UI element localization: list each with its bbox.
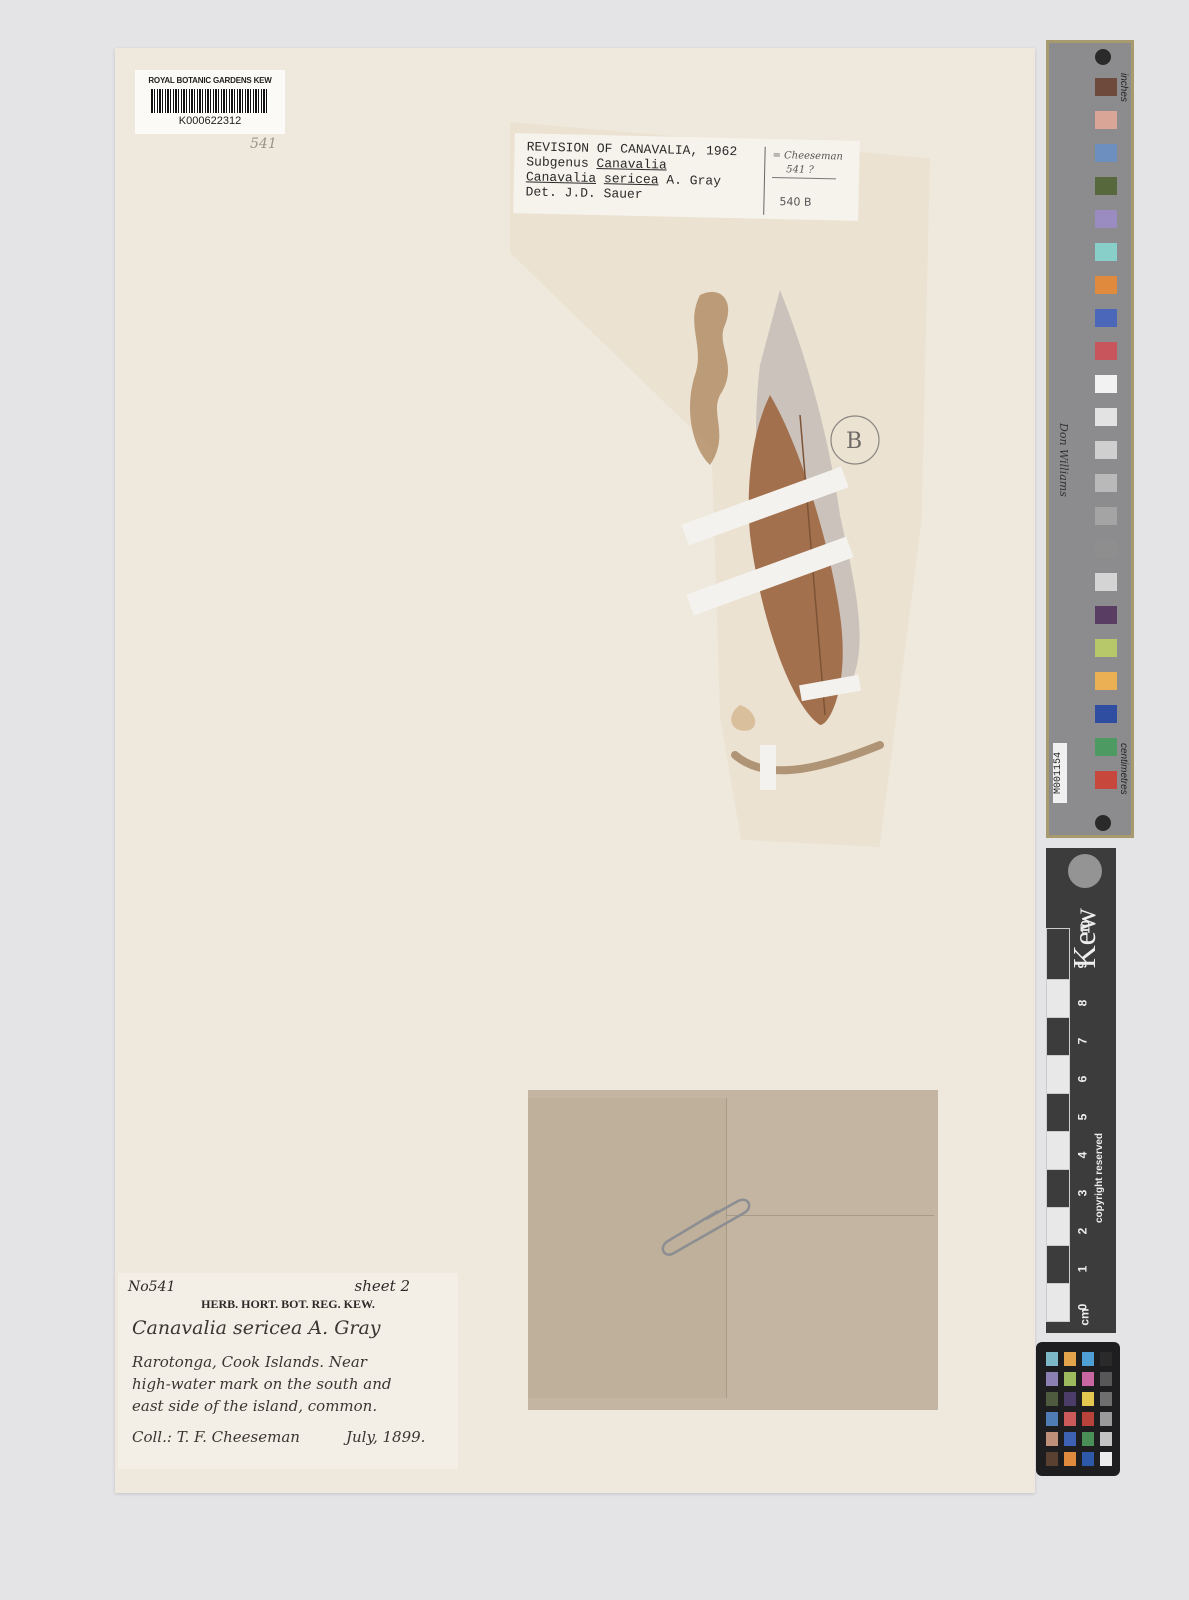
color-swatch: [1095, 771, 1117, 789]
checker-patch: [1046, 1452, 1058, 1466]
det-subgenus-prefix: Subgenus: [526, 154, 597, 171]
color-swatch: [1095, 177, 1117, 195]
color-swatch: [1095, 441, 1117, 459]
color-swatch: [1095, 705, 1117, 723]
color-swatch: [1095, 408, 1117, 426]
color-swatch: [1095, 243, 1117, 261]
color-swatch: [1095, 111, 1117, 129]
kew-logo: Kew: [1066, 908, 1103, 968]
color-swatch: [1095, 573, 1117, 591]
det-species: sericea: [604, 171, 659, 187]
paperclip-icon: [658, 1195, 758, 1270]
checker-patch: [1100, 1372, 1112, 1386]
checker-patch: [1082, 1392, 1094, 1406]
sheet-number: sheet 2: [355, 1277, 410, 1295]
checker-patch: [1046, 1392, 1058, 1406]
color-swatch: [1095, 540, 1117, 558]
checker-patch: [1100, 1352, 1112, 1366]
checker-patch: [1100, 1452, 1112, 1466]
scale-tick-label: 5: [1075, 1114, 1089, 1121]
ruler-code: M001154: [1053, 743, 1067, 803]
checker-patch: [1100, 1412, 1112, 1426]
det-subgenus: Canavalia: [596, 156, 667, 173]
checker-patch: [1064, 1432, 1076, 1446]
color-swatch: [1095, 507, 1117, 525]
scale-tick-label: 9: [1075, 962, 1089, 969]
det-author: A. Gray: [658, 172, 721, 188]
inches-label: inches: [1118, 73, 1129, 102]
herbarium-label: No541 sheet 2 HERB. HORT. BOT. REG. KEW.…: [118, 1273, 458, 1469]
color-swatch: [1095, 144, 1117, 162]
barcode-label: ROYAL BOTANIC GARDENS KEW K000622312: [135, 70, 285, 134]
checker-patch: [1082, 1352, 1094, 1366]
scale-tick-label: 4: [1075, 1152, 1089, 1159]
herbarium-header: HERB. HORT. BOT. REG. KEW.: [118, 1297, 458, 1312]
color-swatch: [1095, 606, 1117, 624]
det-genus: Canavalia: [526, 169, 597, 186]
institution-name: ROYAL BOTANIC GARDENS KEW: [135, 76, 285, 85]
centimetres-label: centimetres: [1118, 743, 1129, 795]
side-note-1: = Cheeseman: [772, 149, 843, 165]
side-note-2: 541 ?: [772, 163, 836, 179]
side-note-3: 540 B: [779, 195, 811, 209]
kew-scale-bar: Kew copyright reserved 012345678910 cm: [1046, 848, 1116, 1333]
collector: Coll.: T. F. Cheeseman: [132, 1428, 300, 1446]
checker-patch: [1046, 1432, 1058, 1446]
color-swatch: [1095, 738, 1117, 756]
checker-patch: [1064, 1392, 1076, 1406]
color-swatch: [1095, 78, 1117, 96]
fragment-packet[interactable]: [528, 1090, 938, 1410]
checker-patch: [1046, 1352, 1058, 1366]
specimen-annotation: B: [846, 429, 862, 454]
color-swatch: [1095, 672, 1117, 690]
scale-tick-label: 2: [1075, 1228, 1089, 1235]
checker-patch: [1082, 1412, 1094, 1426]
checker-patch: [1046, 1372, 1058, 1386]
scale-tick-label: 6: [1075, 1076, 1089, 1083]
scale-tick-label: 8: [1075, 1000, 1089, 1007]
scale-segment: [1046, 928, 1070, 980]
collection-number: No541: [128, 1279, 175, 1295]
barcode-icon: [151, 89, 269, 113]
color-swatch: [1095, 309, 1117, 327]
checker-patch: [1046, 1412, 1058, 1426]
color-swatch: [1095, 342, 1117, 360]
color-swatch: [1095, 474, 1117, 492]
collection-date: July, 1899.: [346, 1428, 425, 1446]
scale-tick-label: 10: [1079, 920, 1093, 933]
ruler-brand: Don Williams: [1057, 423, 1070, 497]
ruler-hole-icon: [1095, 815, 1111, 831]
checker-patch: [1082, 1372, 1094, 1386]
color-density-ruler: inches centimetres Don Williams M001154: [1046, 40, 1134, 838]
color-swatch: [1095, 276, 1117, 294]
scale-tick-label: 7: [1075, 1038, 1089, 1045]
locality-line-3: east side of the island, common.: [132, 1397, 377, 1415]
barcode-number: K000622312: [135, 115, 285, 127]
det-side-note: = Cheeseman 541 ?: [772, 149, 843, 180]
color-swatch: [1095, 210, 1117, 228]
locality-line-2: high-water mark on the south and: [132, 1375, 391, 1393]
ruler-hole-icon: [1095, 49, 1111, 65]
label-divider: [763, 147, 766, 215]
checker-patch: [1064, 1452, 1076, 1466]
color-swatch: [1095, 375, 1117, 393]
checker-patch: [1100, 1432, 1112, 1446]
checker-patch: [1064, 1412, 1076, 1426]
scale-tick-label: 3: [1075, 1190, 1089, 1197]
checker-patch: [1100, 1392, 1112, 1406]
color-checker: [1036, 1342, 1120, 1476]
determination-label: REVISION OF CANAVALIA, 1962 Subgenus Can…: [513, 133, 860, 221]
taxon-name: Canavalia sericea A. Gray: [132, 1317, 381, 1339]
pencil-annotation: 541: [250, 136, 277, 152]
checker-patch: [1064, 1352, 1076, 1366]
checker-patch: [1082, 1432, 1094, 1446]
color-swatch: [1095, 639, 1117, 657]
kew-crest-icon: [1068, 854, 1102, 888]
specimen-leaf-icon: B: [680, 285, 900, 805]
locality-line-1: Rarotonga, Cook Islands. Near: [132, 1353, 367, 1371]
unit-cm: cm: [1078, 1308, 1092, 1325]
checker-patch: [1082, 1452, 1094, 1466]
copyright-text: copyright reserved: [1094, 1133, 1105, 1223]
checker-patch: [1064, 1372, 1076, 1386]
scale-tick-label: 1: [1075, 1266, 1089, 1273]
